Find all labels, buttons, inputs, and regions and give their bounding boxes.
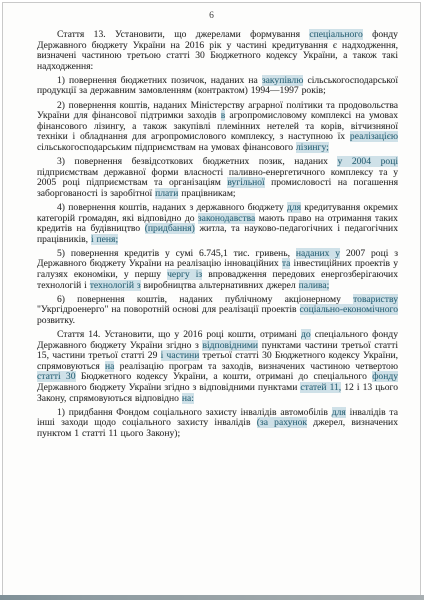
highlighted-text-run: лізингу; bbox=[296, 142, 329, 153]
article-13-item-3: 3) повернення безвідсоткових бюджетних п… bbox=[37, 157, 398, 199]
text-run: Бюджетного кодексу України, а кошти, отр… bbox=[76, 371, 373, 382]
article-13-item-5: 5) повернення кредитів у сумі 6.745,1 ти… bbox=[37, 249, 398, 291]
highlighted-text-run: реалізацією bbox=[350, 131, 398, 142]
highlighted-text-run: у 2004 році bbox=[337, 156, 398, 167]
highlighted-text-run: статей 11, bbox=[300, 382, 341, 393]
text-run: 3) повернення безвідсоткових бюджетних п… bbox=[57, 156, 337, 167]
text-run: сільськогосподарським підприємствам на у… bbox=[37, 142, 296, 153]
text-run: Стаття 14. Установити, що у 2016 році ко… bbox=[57, 329, 301, 340]
highlighted-text-run: (придбання) bbox=[145, 223, 195, 234]
highlighted-text-run: законодавства bbox=[198, 213, 255, 224]
text-run: 4) повернення коштів, наданих з державно… bbox=[57, 202, 287, 213]
article-13-item-1: 1) повернення бюджетних позичок, наданих… bbox=[37, 76, 398, 97]
document-content: Стаття 13. Установити, що джерелами форм… bbox=[37, 30, 398, 443]
highlighted-text-run: (за рахунок bbox=[257, 417, 307, 428]
text-run: працівникам; bbox=[178, 188, 235, 199]
highlighted-text-run: відповідними bbox=[202, 340, 258, 351]
text-run: Державного бюджету України згідно з відп… bbox=[37, 382, 300, 393]
article-13-intro: Стаття 13. Установити, що джерелами форм… bbox=[37, 30, 398, 72]
highlighted-text-run: товариству bbox=[353, 294, 398, 305]
document-page: 6 Стаття 13. Установити, що джерелами фо… bbox=[2, 2, 421, 598]
article-13-item-2: 2) повернення коштів, наданих Міністерст… bbox=[37, 101, 398, 154]
highlighted-text-run: до bbox=[301, 329, 311, 340]
highlighted-text-run: чергу із bbox=[167, 269, 202, 280]
highlighted-text-run: і пеня; bbox=[91, 234, 118, 245]
highlighted-text-run: спеціального bbox=[309, 29, 362, 40]
highlighted-text-run: технологій з bbox=[90, 280, 141, 291]
highlighted-text-run: статті 30 bbox=[37, 371, 76, 382]
highlighted-text-run: на: bbox=[182, 393, 194, 404]
text-run: "Укргідроенерго" на поворотній основі дл… bbox=[37, 304, 300, 315]
highlighted-text-run: для bbox=[332, 407, 346, 418]
text-run: Стаття 13. Установити, що джерелами форм… bbox=[57, 29, 309, 40]
article-13-item-4: 4) повернення коштів, наданих з державно… bbox=[37, 203, 398, 245]
highlighted-text-run: фонду bbox=[372, 371, 398, 382]
article-14-item-1: 1) придбання Фондом соціального захисту … bbox=[37, 408, 398, 440]
highlighted-text-run: соціально-економічного bbox=[300, 304, 398, 315]
highlighted-text-run: плати bbox=[155, 188, 178, 199]
highlighted-text-run: вугільної bbox=[227, 177, 264, 188]
highlighted-text-run: і частини bbox=[161, 350, 200, 361]
page-number: 6 bbox=[3, 11, 420, 21]
text-run: 1) придбання Фондом соціального захисту … bbox=[57, 407, 332, 418]
text-run: виробництва альтернативних джерел bbox=[141, 280, 299, 291]
article-13-item-6: 6) повернення коштів, наданих публічному… bbox=[37, 295, 398, 327]
text-run: розвитку. bbox=[37, 315, 75, 326]
highlighted-text-run: для bbox=[287, 202, 301, 213]
highlighted-text-run: палива; bbox=[299, 280, 330, 291]
article-14-intro: Стаття 14. Установити, що у 2016 році ко… bbox=[37, 330, 398, 404]
scan-bottom-edge bbox=[0, 595, 424, 600]
text-run: 6) повернення коштів, наданих публічному… bbox=[57, 294, 353, 305]
